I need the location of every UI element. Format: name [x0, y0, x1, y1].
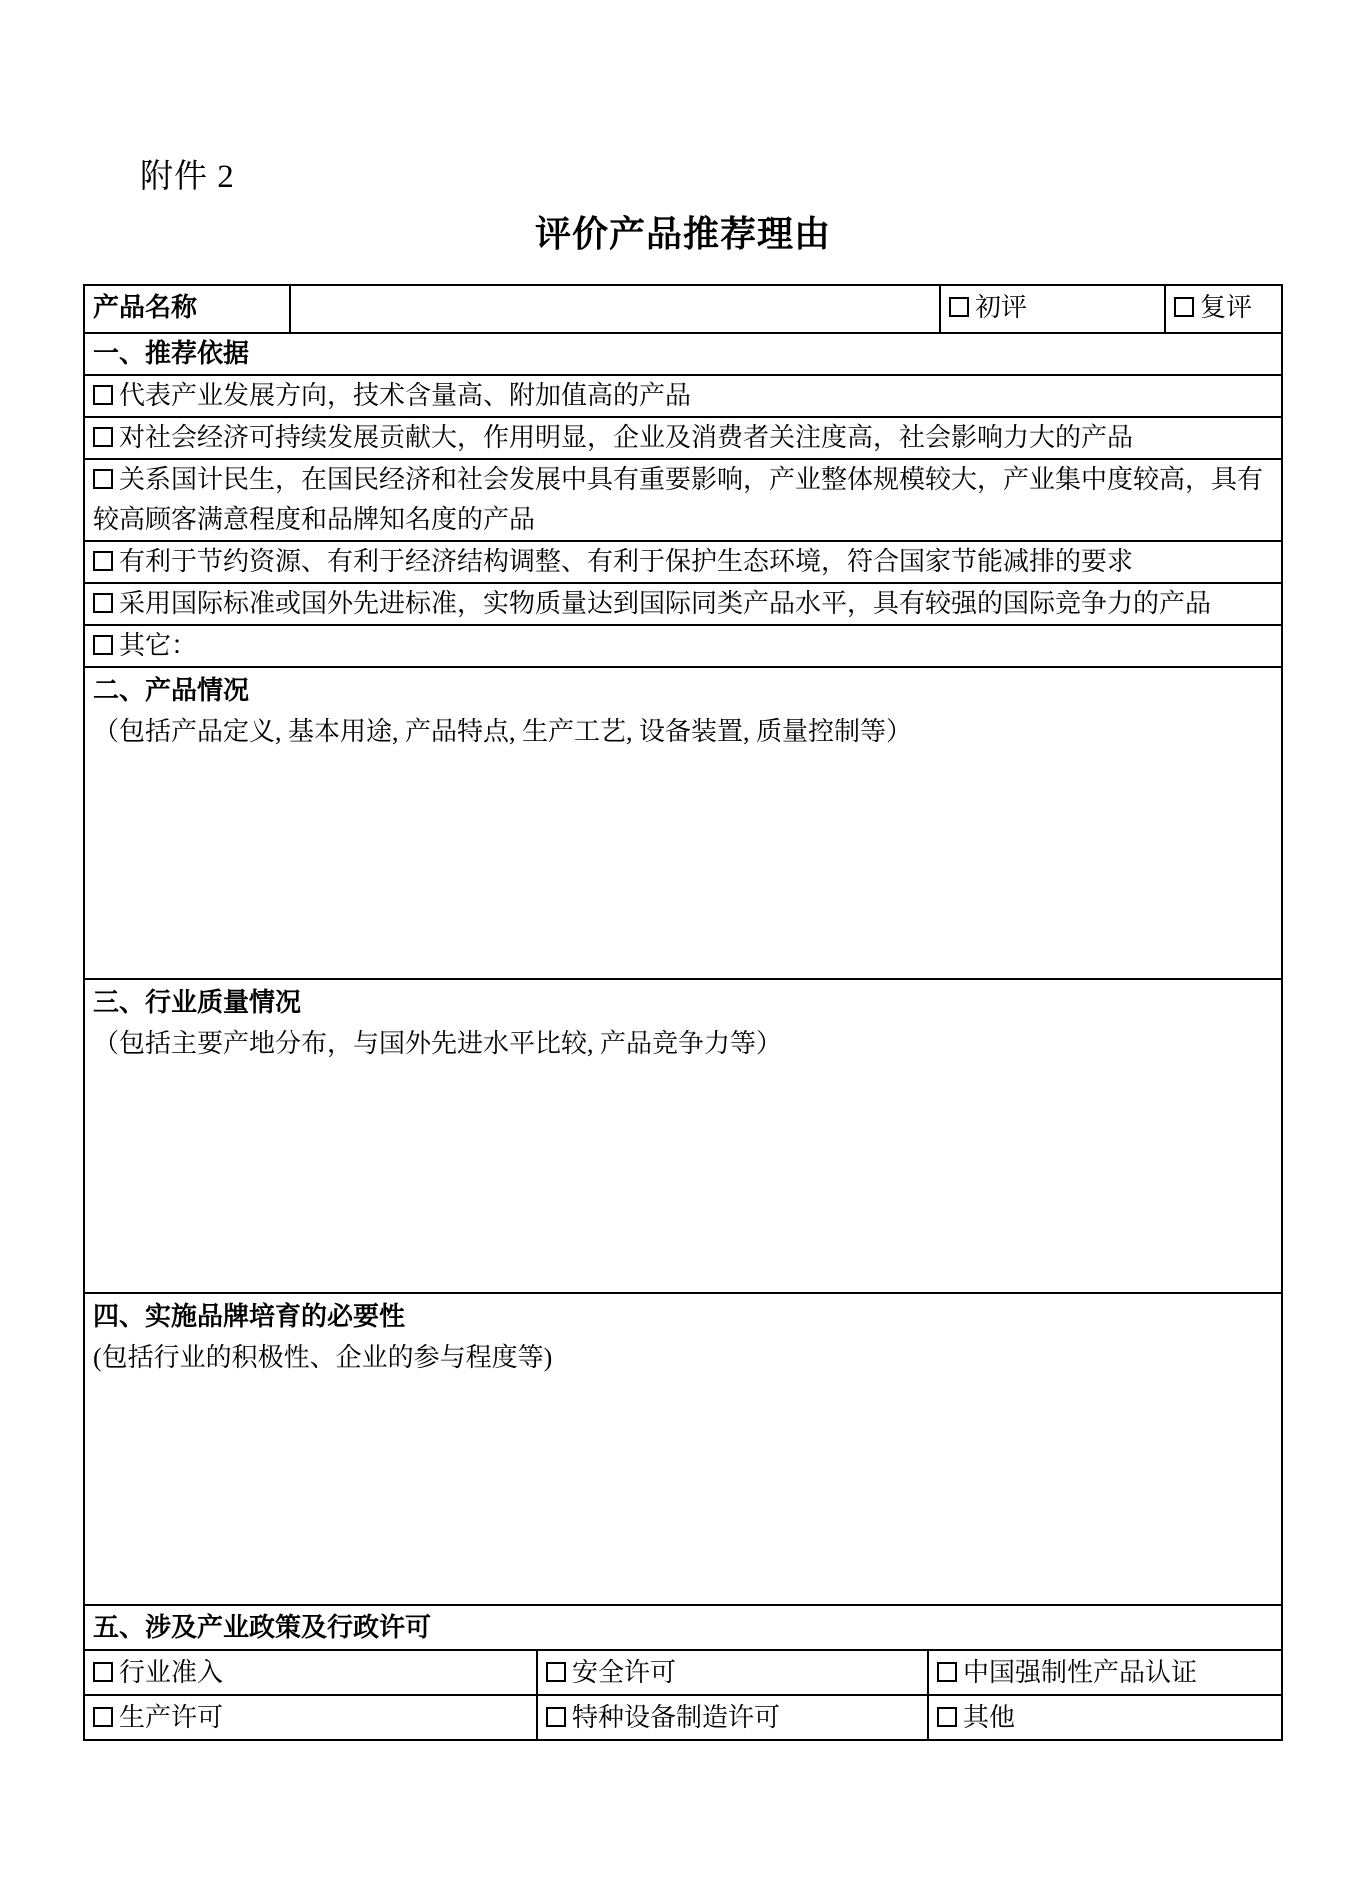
section2-title: 二、产品情况 [93, 670, 1273, 712]
permit-row: 行业准入 安全许可 中国强制性产品认证 [85, 1649, 1281, 1694]
section5-header-row: 五、涉及产业政策及行政许可 [85, 1604, 1281, 1649]
recommendation-form-table: 产品名称 初评 复评 一、推荐依据 代表产业发展方向，技术含量高、附加值高的产品… [83, 284, 1283, 1741]
product-name-row: 产品名称 初评 复评 [85, 286, 1281, 332]
criterion-2-checkbox-icon[interactable] [93, 427, 113, 447]
section4-hint: (包括行业的积极性、企业的参与程度等) [93, 1338, 1273, 1378]
permit-cell: 中国强制性产品认证 [927, 1651, 1281, 1694]
special-equipment-label: 特种设备制造许可 [572, 1703, 780, 1732]
initial-eval-cell: 初评 [939, 286, 1164, 332]
production-license-label: 生产许可 [119, 1703, 223, 1732]
criterion-3-label: 关系国计民生，在国民经济和社会发展中具有重要影响，产业整体规模较大，产业集中度较… [93, 465, 1263, 534]
criterion-row: 代表产业发展方向，技术含量高、附加值高的产品 [85, 374, 1281, 416]
criterion-2-label: 对社会经济可持续发展贡献大，作用明显，企业及消费者关注度高，社会影响力大的产品 [119, 423, 1133, 452]
special-equipment-checkbox-icon[interactable] [546, 1707, 566, 1727]
permit-cell: 行业准入 [85, 1651, 536, 1694]
section4-row: 四、实施品牌培育的必要性 (包括行业的积极性、企业的参与程度等) [85, 1292, 1281, 1604]
initial-eval-label: 初评 [975, 293, 1027, 322]
safety-permit-checkbox-icon[interactable] [546, 1662, 566, 1682]
criterion-1-label: 代表产业发展方向，技术含量高、附加值高的产品 [119, 381, 691, 410]
section4-title: 四、实施品牌培育的必要性 [93, 1296, 1273, 1338]
criterion-other-checkbox-icon[interactable] [93, 635, 113, 655]
section2-hint: （包括产品定义, 基本用途, 产品特点, 生产工艺, 设备装置, 质量控制等） [93, 712, 1273, 752]
permit-cell: 特种设备制造许可 [536, 1696, 927, 1739]
permit-cell: 其他 [927, 1696, 1281, 1739]
criterion-3-checkbox-icon[interactable] [93, 469, 113, 489]
criterion-4-label: 有利于节约资源、有利于经济结构调整、有利于保护生态环境，符合国家节能减排的要求 [119, 547, 1133, 576]
industry-access-checkbox-icon[interactable] [93, 1662, 113, 1682]
page-title: 评价产品推荐理由 [83, 206, 1283, 257]
initial-eval-checkbox-icon[interactable] [949, 297, 969, 317]
permit-row: 生产许可 特种设备制造许可 其他 [85, 1694, 1281, 1739]
attachment-label: 附件 2 [140, 150, 235, 197]
criterion-1-checkbox-icon[interactable] [93, 385, 113, 405]
safety-permit-label: 安全许可 [572, 1658, 676, 1687]
ccc-certification-checkbox-icon[interactable] [937, 1662, 957, 1682]
section2-content-area[interactable]: 二、产品情况 （包括产品定义, 基本用途, 产品特点, 生产工艺, 设备装置, … [85, 668, 1281, 978]
criterion-row: 其它： [85, 624, 1281, 666]
ccc-certification-label: 中国强制性产品认证 [963, 1658, 1197, 1687]
other-permit-label: 其他 [963, 1703, 1015, 1732]
re-eval-label: 复评 [1200, 293, 1252, 322]
permit-cell: 生产许可 [85, 1696, 536, 1739]
criterion-row: 对社会经济可持续发展贡献大，作用明显，企业及消费者关注度高，社会影响力大的产品 [85, 416, 1281, 458]
section3-hint: （包括主要产地分布，与国外先进水平比较, 产品竞争力等） [93, 1024, 1273, 1064]
product-name-input-cell[interactable] [289, 286, 939, 332]
section5-title: 五、涉及产业政策及行政许可 [85, 1606, 1281, 1649]
criterion-5-checkbox-icon[interactable] [93, 593, 113, 613]
section3-row: 三、行业质量情况 （包括主要产地分布，与国外先进水平比较, 产品竞争力等） [85, 978, 1281, 1292]
section1-title: 一、推荐依据 [85, 334, 1281, 374]
criterion-row: 采用国际标准或国外先进标准，实物质量达到国际同类产品水平，具有较强的国际竞争力的… [85, 582, 1281, 624]
production-license-checkbox-icon[interactable] [93, 1707, 113, 1727]
industry-access-label: 行业准入 [119, 1658, 223, 1687]
section1-header-row: 一、推荐依据 [85, 332, 1281, 374]
criterion-other-label: 其它： [119, 631, 197, 660]
section2-row: 二、产品情况 （包括产品定义, 基本用途, 产品特点, 生产工艺, 设备装置, … [85, 666, 1281, 978]
criterion-4-checkbox-icon[interactable] [93, 551, 113, 571]
criterion-row: 关系国计民生，在国民经济和社会发展中具有重要影响，产业整体规模较大，产业集中度较… [85, 458, 1281, 540]
criterion-5-label: 采用国际标准或国外先进标准，实物质量达到国际同类产品水平，具有较强的国际竞争力的… [119, 589, 1211, 618]
section3-title: 三、行业质量情况 [93, 982, 1273, 1024]
product-name-label: 产品名称 [85, 286, 289, 332]
re-eval-checkbox-icon[interactable] [1174, 297, 1194, 317]
permit-cell: 安全许可 [536, 1651, 927, 1694]
re-eval-cell: 复评 [1164, 286, 1281, 332]
section4-content-area[interactable]: 四、实施品牌培育的必要性 (包括行业的积极性、企业的参与程度等) [85, 1294, 1281, 1604]
other-permit-checkbox-icon[interactable] [937, 1707, 957, 1727]
section3-content-area[interactable]: 三、行业质量情况 （包括主要产地分布，与国外先进水平比较, 产品竞争力等） [85, 980, 1281, 1292]
criterion-row: 有利于节约资源、有利于经济结构调整、有利于保护生态环境，符合国家节能减排的要求 [85, 540, 1281, 582]
